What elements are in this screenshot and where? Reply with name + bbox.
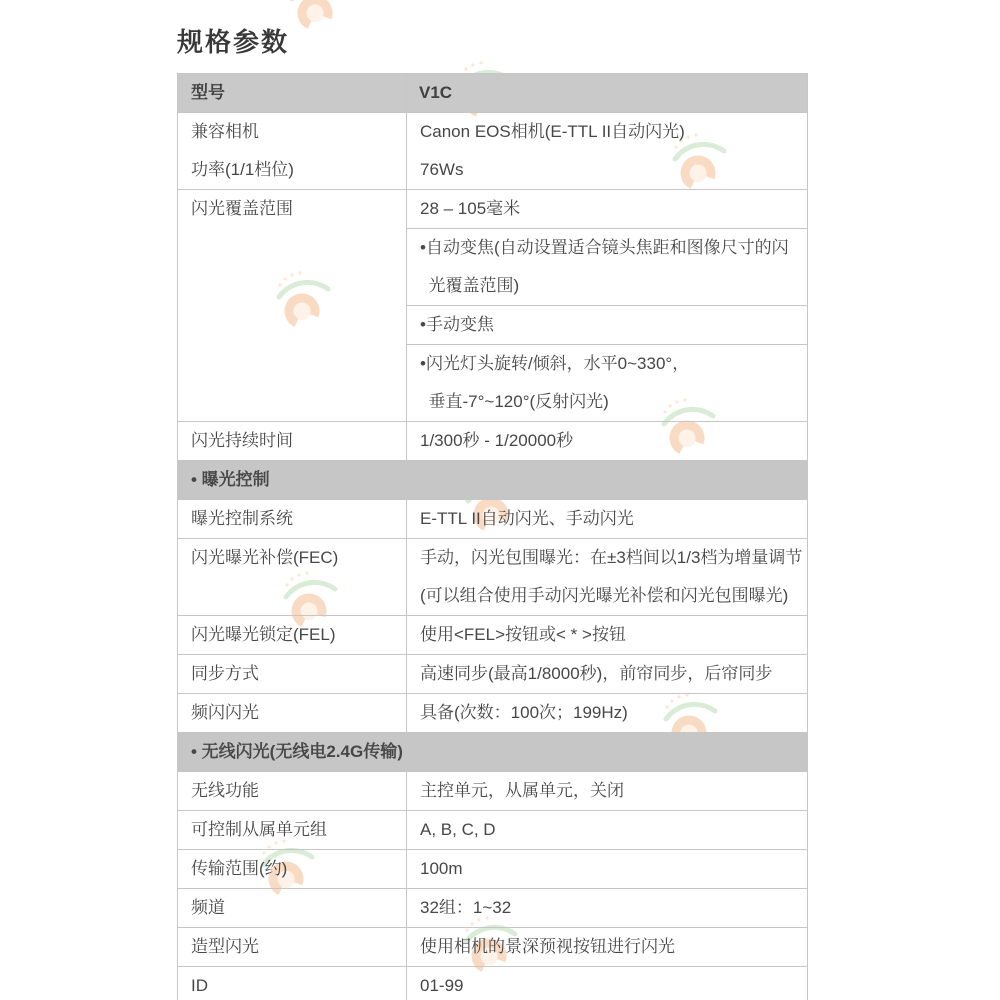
brand-watermark-icon — [285, 0, 347, 34]
spec-value: 高速同步(最高1/8000秒)，前帘同步，后帘同步 — [407, 655, 808, 694]
spec-label: 频道 — [178, 889, 407, 928]
spec-row: 兼容相机 功率(1/1档位)Canon EOS相机(E-TTL II自动闪光) … — [178, 113, 808, 190]
spec-label: 造型闪光 — [178, 928, 407, 967]
spec-label: 频闪闪光 — [178, 694, 407, 733]
spec-table: 型号 V1C 兼容相机 功率(1/1档位)Canon EOS相机(E-TTL I… — [177, 73, 808, 1000]
spec-label: 同步方式 — [178, 655, 407, 694]
header-model-value: V1C — [407, 74, 808, 113]
spec-value: 手动，闪光包围曝光：在±3档间以1/3档为增量调节 (可以组合使用手动闪光曝光补… — [407, 539, 808, 616]
spec-row: 可控制从属单元组A, B, C, D — [178, 811, 808, 850]
spec-row: 频闪闪光具备(次数：100次；199Hz) — [178, 694, 808, 733]
spec-row: 传输范围(约)100m — [178, 850, 808, 889]
spec-value: 01-99 — [407, 967, 808, 1000]
spec-value: 具备(次数：100次；199Hz) — [407, 694, 808, 733]
header-model-label: 型号 — [178, 74, 407, 113]
spec-row: 造型闪光使用相机的景深预视按钮进行闪光 — [178, 928, 808, 967]
spec-value: 28 – 105毫米 — [407, 190, 808, 229]
spec-label: ID — [178, 967, 407, 1000]
spec-value: 使用<FEL>按钮或< * >按钮 — [407, 616, 808, 655]
spec-value: •自动变焦(自动设置适合镜头焦距和图像尺寸的闪 光覆盖范围) — [407, 229, 808, 306]
spec-row: 频道32组：1~32 — [178, 889, 808, 928]
spec-row: 同步方式高速同步(最高1/8000秒)，前帘同步，后帘同步 — [178, 655, 808, 694]
spec-row: 闪光覆盖范围28 – 105毫米 — [178, 190, 808, 229]
spec-value: 32组：1~32 — [407, 889, 808, 928]
spec-row: 曝光控制系统E-TTL II自动闪光、手动闪光 — [178, 500, 808, 539]
spec-value: 主控单元，从属单元，关闭 — [407, 772, 808, 811]
spec-row: 闪光曝光补偿(FEC)手动，闪光包围曝光：在±3档间以1/3档为增量调节 (可以… — [178, 539, 808, 616]
spec-label: 曝光控制系统 — [178, 500, 407, 539]
spec-label: 闪光曝光锁定(FEL) — [178, 616, 407, 655]
spec-label: 闪光曝光补偿(FEC) — [178, 539, 407, 616]
spec-value: Canon EOS相机(E-TTL II自动闪光) 76Ws — [407, 113, 808, 190]
spec-label: 闪光持续时间 — [178, 422, 407, 461]
spec-row: 无线功能主控单元，从属单元，关闭 — [178, 772, 808, 811]
table-header-row: 型号 V1C — [178, 74, 808, 113]
spec-label: 传输范围(约) — [178, 850, 407, 889]
spec-value: •手动变焦 — [407, 306, 808, 345]
page-title: 规格参数 — [177, 22, 289, 59]
spec-label: 兼容相机 功率(1/1档位) — [178, 113, 407, 190]
section-title: • 无线闪光(无线电2.4G传输) — [178, 733, 808, 772]
spec-row: 闪光曝光锁定(FEL)使用<FEL>按钮或< * >按钮 — [178, 616, 808, 655]
spec-page: 规格参数 型号 V1C 兼容相机 功率(1/1档位)Canon EOS相机(E-… — [0, 0, 1000, 1000]
spec-label: 无线功能 — [178, 772, 407, 811]
spec-value: E-TTL II自动闪光、手动闪光 — [407, 500, 808, 539]
spec-label: 可控制从属单元组 — [178, 811, 407, 850]
spec-value: •闪光灯头旋转/倾斜，水平0~330°， 垂直-7°~120°(反射闪光) — [407, 345, 808, 422]
spec-value: 使用相机的景深预视按钮进行闪光 — [407, 928, 808, 967]
section-header-row: • 无线闪光(无线电2.4G传输) — [178, 733, 808, 772]
spec-label: 闪光覆盖范围 — [178, 190, 407, 422]
section-title: • 曝光控制 — [178, 461, 808, 500]
spec-value: 1/300秒 - 1/20000秒 — [407, 422, 808, 461]
spec-value: A, B, C, D — [407, 811, 808, 850]
spec-value: 100m — [407, 850, 808, 889]
section-header-row: • 曝光控制 — [178, 461, 808, 500]
spec-row: ID01-99 — [178, 967, 808, 1000]
spec-row: 闪光持续时间1/300秒 - 1/20000秒 — [178, 422, 808, 461]
